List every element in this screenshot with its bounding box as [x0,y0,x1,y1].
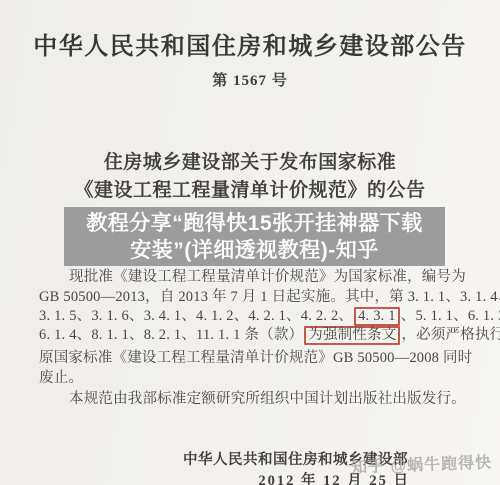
red-annotation-box-mandatory-clauses: 为强制性条文 [304,326,400,345]
zhihu-watermark: 知乎 @蜗牛跑得快 [351,450,493,478]
page-title: 中华人民共和国住房和城乡建设部公告 [0,26,500,61]
body-line-3-post: 、5. 1. 1、6. 1. 3、 [401,308,500,324]
spam-overlay-line2: 安装”(详细透视教程)-知乎 [64,237,445,264]
spam-overlay-line1: 教程分享“跑得快15张开挂神器下载 [64,210,445,237]
body-line-3-pre: 3. 1. 5、3. 1. 6、3. 4. 1、4. 1. 2、4. 2. 1、… [39,308,353,324]
body-line-5: 原国家标准《建设工程工程量清单计价规范》GB 50500—2008 同时 [39,349,469,367]
announcement-subtitle-line1: 住房城乡建设部关于发布国家标准 [0,147,500,174]
announcement-subtitle-line2: 《建设工程工程量清单计价规范》的公告 [0,175,500,202]
body-line-4-pre: 6. 1. 4、8. 1. 1、8. 2. 1、11. 1. 1 条（款） [39,327,303,343]
body-line-2: GB 50500—2013，自 2013 年 7 月 1 日起实施。其中，第 3… [39,288,469,306]
body-line-4-post: ，必须严格执行。 [401,327,500,343]
body-line-3: 3. 1. 5、3. 1. 6、3. 4. 1、4. 1. 2、4. 2. 1、… [39,307,469,326]
red-annotation-box-431: 4. 3. 1 [354,307,400,326]
body-line-6: 废止。 [39,369,469,387]
doc-number: 第 1567 号 [0,69,500,90]
body-line-1: 现批准《建设工程工程量清单计价规范》为国家标准，编号为 [39,268,499,286]
spam-overlay-banner: 教程分享“跑得快15张开挂神器下载 安装”(详细透视教程)-知乎 [64,207,445,266]
scanned-announcement-page: 中华人民共和国住房和城乡建设部公告 第 1567 号 住房城乡建设部关于发布国家… [0,0,500,485]
body-line-7: 本规范由我部标准定额研究所组织中国计划出版社出版发行。 [39,390,499,408]
body-line-4: 6. 1. 4、8. 1. 1、8. 2. 1、11. 1. 1 条（款）为强制… [39,326,469,345]
